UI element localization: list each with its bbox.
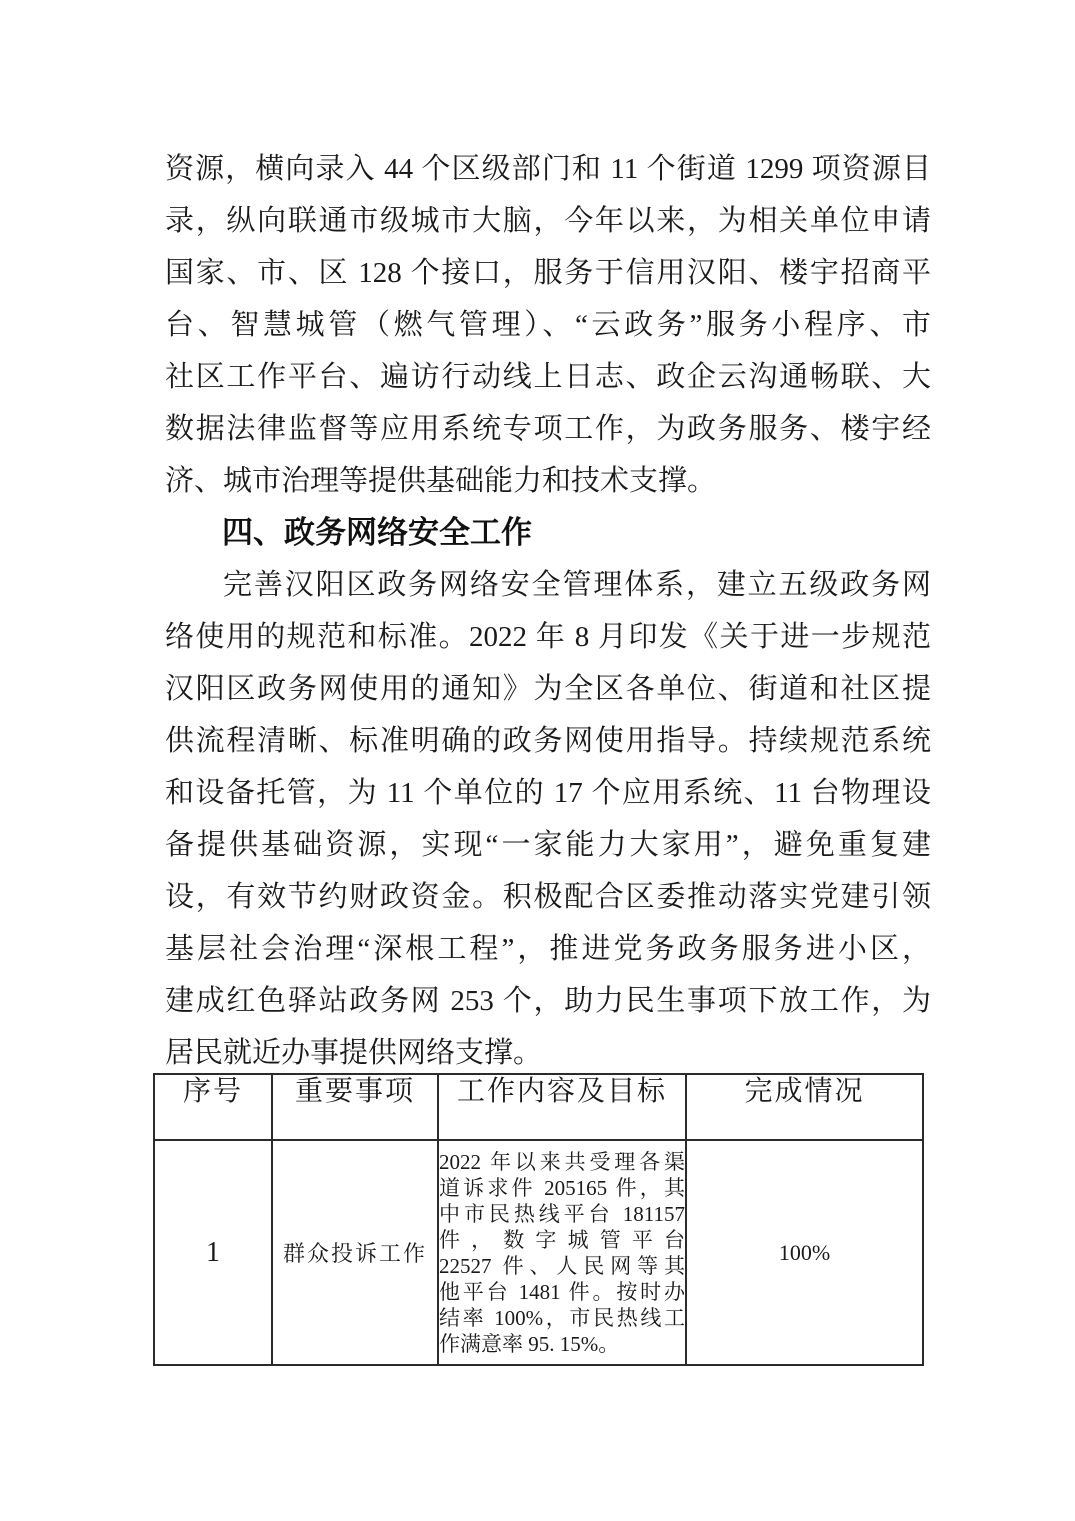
col-header-item: 重要事项 [272, 1074, 438, 1140]
work-status-table: 序号 重要事项 工作内容及目标 完成情况 1 群众投诉工作 2022 年以来共受… [153, 1073, 924, 1366]
cell-content-line: 作满意率 95. 15%。 [439, 1331, 685, 1357]
text-line: 国家、市、区 128 个接口，服务于信用汉阳、楼宇招商平 [165, 247, 931, 299]
cell-content-line: 结率 100%，市民热线工 [439, 1305, 685, 1331]
table-row: 1 群众投诉工作 2022 年以来共受理各渠 道诉求件 205165 件，其 中… [154, 1140, 923, 1365]
text-line: 资源，横向录入 44 个区级部门和 11 个街道 1299 项资源目 [165, 143, 931, 195]
text-line: 基层社会治理“深根工程”，推进党务政务服务进小区， [165, 923, 931, 975]
document-page: 资源，横向录入 44 个区级部门和 11 个街道 1299 项资源目 录，纵向联… [0, 0, 1075, 1521]
text-line: 济、城市治理等提供基础能力和技术支撑。 [165, 455, 931, 507]
body-text: 资源，横向录入 44 个区级部门和 11 个街道 1299 项资源目 录，纵向联… [165, 143, 931, 1079]
text-line: 台、智慧城管（燃气管理）、“云政务”服务小程序、市 [165, 299, 931, 351]
text-line: 建成红色驿站政务网 253 个，助力民生事项下放工作，为 [165, 975, 931, 1027]
cell-content-line: 中市民热线平台 181157 [439, 1201, 685, 1227]
text-line: 社区工作平台、遍访行动线上日志、政企云沟通畅联、大 [165, 351, 931, 403]
cell-serial: 1 [154, 1140, 272, 1365]
cell-content-line: 件，数字城管平台 [439, 1227, 685, 1253]
text-line: 完善汉阳区政务网络安全管理体系，建立五级政务网 [165, 559, 931, 611]
section-heading: 四、政务网络安全工作 [165, 507, 931, 559]
cell-item: 群众投诉工作 [272, 1140, 438, 1365]
text-line: 备提供基础资源，实现“一家能力大家用”，避免重复建 [165, 819, 931, 871]
text-line: 络使用的规范和标准。2022 年 8 月印发《关于进一步规范 [165, 611, 931, 663]
text-line: 设，有效节约财政资金。积极配合区委推动落实党建引领 [165, 871, 931, 923]
text-line: 汉阳区政务网使用的通知》为全区各单位、街道和社区提 [165, 663, 931, 715]
text-line: 和设备托管，为 11 个单位的 17 个应用系统、11 台物理设 [165, 767, 931, 819]
col-header-serial: 序号 [154, 1074, 272, 1140]
text-line: 数据法律监督等应用系统专项工作，为政务服务、楼宇经 [165, 403, 931, 455]
cell-content: 2022 年以来共受理各渠 道诉求件 205165 件，其 中市民热线平台 18… [438, 1140, 686, 1365]
cell-content-line: 道诉求件 205165 件，其 [439, 1175, 685, 1201]
col-header-completion: 完成情况 [686, 1074, 923, 1140]
cell-content-line: 2022 年以来共受理各渠 [439, 1149, 685, 1175]
cell-content-line: 他平台 1481 件。按时办 [439, 1279, 685, 1305]
cell-content-line: 22527 件、人民网等其 [439, 1253, 685, 1279]
col-header-content: 工作内容及目标 [438, 1074, 686, 1140]
text-line: 供流程清晰、标准明确的政务网使用指导。持续规范系统 [165, 715, 931, 767]
table-header-row: 序号 重要事项 工作内容及目标 完成情况 [154, 1074, 923, 1140]
text-line: 居民就近办事提供网络支撑。 [165, 1027, 931, 1079]
text-line: 录，纵向联通市级城市大脑，今年以来，为相关单位申请 [165, 195, 931, 247]
cell-completion: 100% [686, 1140, 923, 1365]
